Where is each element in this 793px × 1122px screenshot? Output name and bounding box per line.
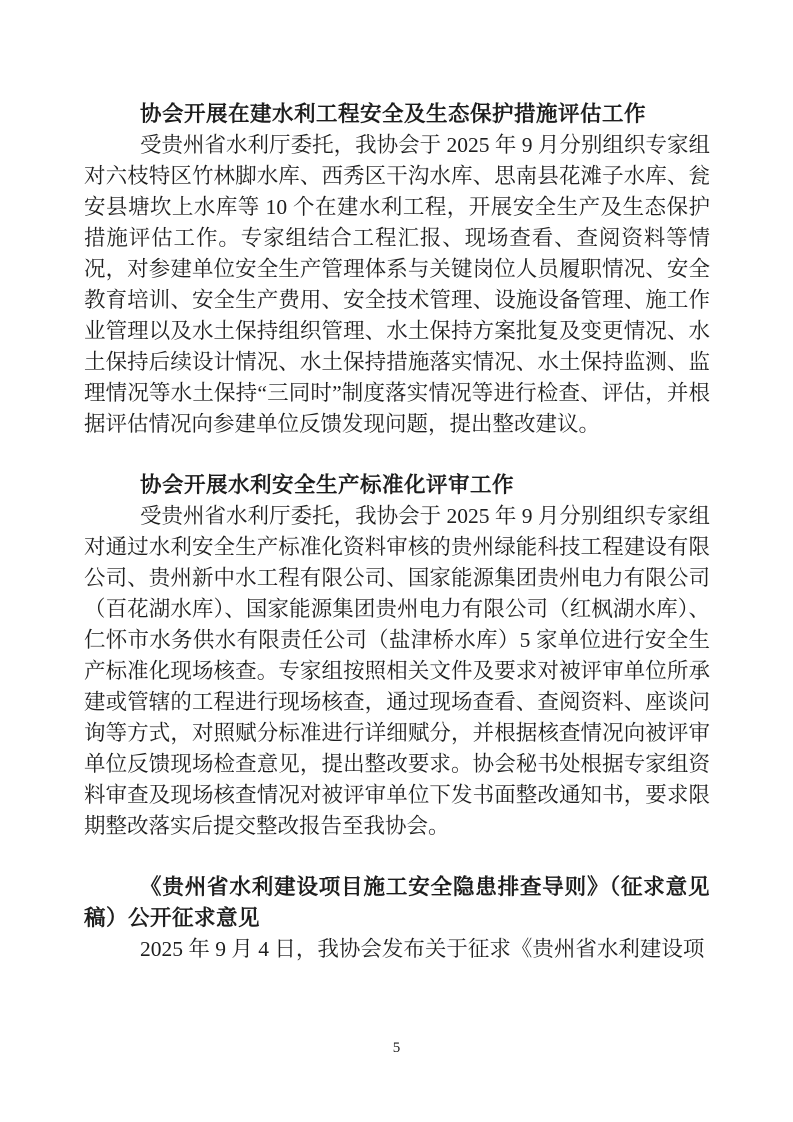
section-heading-standardization: 协会开展水利安全生产标准化评审工作 <box>84 470 710 501</box>
section-heading-evaluation: 协会开展在建水利工程安全及生态保护措施评估工作 <box>84 99 710 130</box>
page-number: 5 <box>393 1040 401 1056</box>
section-evaluation-work: 协会开展在建水利工程安全及生态保护措施评估工作 受贵州省水利厅委托，我协会于 2… <box>84 99 710 440</box>
section-heading-draft-guideline: 《贵州省水利建设项目施工安全隐患排查导则》（征求意见稿）公开征求意见 <box>84 872 710 934</box>
section-paragraph-standardization: 受贵州省水利厅委托，我协会于 2025 年 9 月分别组织专家组对通过水利安全生… <box>84 501 710 842</box>
document-body: 协会开展在建水利工程安全及生态保护措施评估工作 受贵州省水利厅委托，我协会于 2… <box>84 99 710 965</box>
section-paragraph-evaluation: 受贵州省水利厅委托，我协会于 2025 年 9 月分别组织专家组对六枝特区竹林脚… <box>84 130 710 440</box>
section-standardization-review: 协会开展水利安全生产标准化评审工作 受贵州省水利厅委托，我协会于 2025 年 … <box>84 470 710 842</box>
document-page: 协会开展在建水利工程安全及生态保护措施评估工作 受贵州省水利厅委托，我协会于 2… <box>0 0 793 1122</box>
section-paragraph-draft-guideline: 2025 年 9 月 4 日，我协会发布关于征求《贵州省水利建设项 <box>84 934 710 965</box>
page-footer: 5 <box>0 1038 793 1058</box>
section-draft-guideline-comments: 《贵州省水利建设项目施工安全隐患排查导则》（征求意见稿）公开征求意见 2025 … <box>84 872 710 965</box>
